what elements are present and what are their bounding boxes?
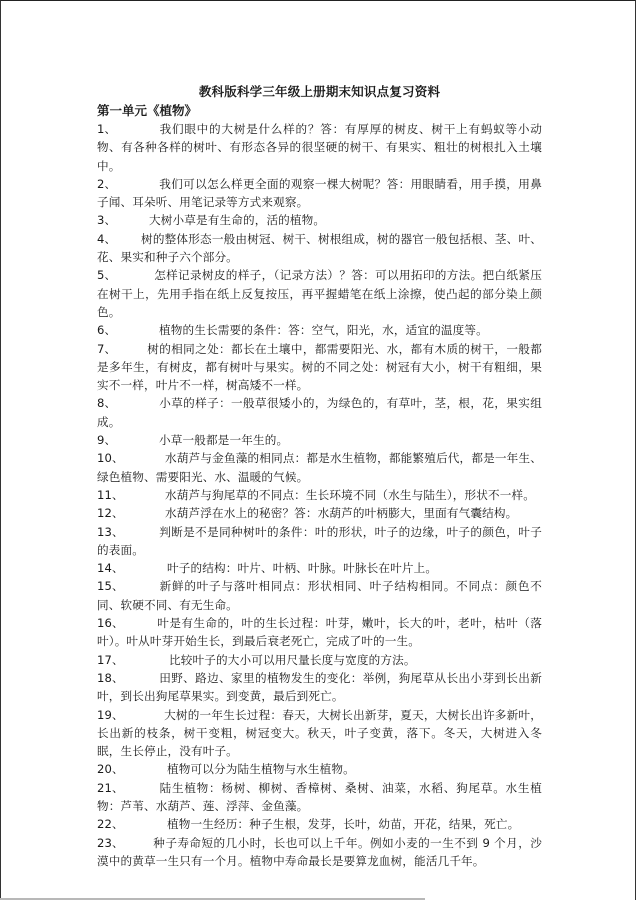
item-number: 8、 [97,394,159,412]
list-item: 5、怎样记录树皮的样子，（记录方法）？答：可以用拓印的方法。把白纸紧压在树干上，… [97,266,542,321]
list-item: 3、大树小草是有生命的，活的植物。 [97,211,542,229]
item-number: 16、 [97,614,157,632]
item-text: 水葫芦浮在水上的秘密？答：水葫芦的叶柄膨大，里面有气囊结构。 [165,506,517,520]
item-text: 叶子的结构：叶片、叶柄、叶脉。叶脉长在叶片上。 [167,561,437,575]
list-item: 9、小草一般都是一年生的。 [97,431,542,449]
item-text: 小草一般都是一年生的。 [159,433,288,447]
list-item: 11、水葫芦与狗尾草的不同点：生长环境不同（水生与陆生），形状不一样。 [97,486,542,504]
item-text: 水葫芦与狗尾草的不同点：生长环境不同（水生与陆生），形状不一样。 [165,488,535,502]
item-text: 陆生植物：杨树、柳树、香樟树、桑树、油菜，水稻、狗尾草。水生植物：芦苇、水葫芦、… [97,781,542,813]
unit-heading: 第一单元《植物》 [97,102,542,120]
item-number: 10、 [97,449,165,467]
list-item: 19、大树的一年生长过程：春天，大树长出新芽，夏天，大树长出许多新叶，长出新的枝… [97,706,542,761]
item-text: 我们可以怎么样更全面的观察一棵大树呢？答：用眼睛看，用手摸，用鼻子闻、耳朵听、用… [97,177,542,209]
item-text: 我们眼中的大树是什么样的？答：有厚厚的树皮、树干上有蚂蚁等小动物、有各种各样的树… [97,122,542,173]
item-text: 小草的样子：一般草很矮小的，为绿色的，有草叶，茎，根，花，果实组成。 [97,396,542,428]
item-number: 21、 [97,779,159,797]
item-text: 树的相同之处：都长在土壤中，都需要阳光、水，都有木质的树干，一般都是多年生，有树… [97,342,542,393]
list-item: 18、田野、路边、家里的植物发生的变化：举例，狗尾草从长出小芽到长出新叶，到长出… [97,669,542,706]
item-number: 23、 [97,834,153,852]
item-text: 怎样记录树皮的样子，（记录方法）？答：可以用拓印的方法。把白纸紧压在树干上，先用… [97,268,542,319]
list-item: 8、小草的样子：一般草很矮小的，为绿色的，有草叶，茎，根，花，果实组成。 [97,394,542,431]
list-item: 16、叶是有生命的，叶的生长过程：叶芽，嫩叶，长大的叶，老叶，枯叶（落叶）。叶从… [97,614,542,651]
item-number: 22、 [97,815,167,833]
item-number: 18、 [97,669,159,687]
item-number: 3、 [97,211,149,229]
document-page: 教科版科学三年级上册期末知识点复习资料 第一单元《植物》 1、我们眼中的大树是什… [97,83,542,870]
item-text: 植物可以分为陆生植物与水生植物。 [167,762,355,776]
item-text: 判断是不是同种树叶的条件：叶的形状，叶子的边缘，叶子的颜色，叶子的表面。 [97,525,542,557]
item-number: 2、 [97,175,159,193]
item-number: 5、 [97,266,154,284]
item-number: 15、 [97,577,159,595]
list-item: 20、植物可以分为陆生植物与水生植物。 [97,760,542,778]
item-number: 7、 [97,340,147,358]
item-text: 大树的一年生长过程：春天，大树长出新芽，夏天，大树长出许多新叶，长出新的枝条，树… [97,708,542,759]
item-number: 19、 [97,706,164,724]
item-number: 17、 [97,651,169,669]
list-item: 6、植物的生长需要的条件：答：空气，阳光，水，适宜的温度等。 [97,321,542,339]
item-number: 12、 [97,504,165,522]
item-number: 14、 [97,559,167,577]
knowledge-list: 1、我们眼中的大树是什么样的？答：有厚厚的树皮、树干上有蚂蚁等小动物、有各种各样… [97,120,542,870]
list-item: 23、种子寿命短的几小时，长也可以上千年。例如小麦的一生不到 9 个月，沙漠中的… [97,834,542,871]
item-text: 叶是有生命的，叶的生长过程：叶芽，嫩叶，长大的叶，老叶，枯叶（落叶）。叶从叶芽开… [97,616,542,648]
item-number: 20、 [97,760,167,778]
list-item: 21、陆生植物：杨树、柳树、香樟树、桑树、油菜，水稻、狗尾草。水生植物：芦苇、水… [97,779,542,816]
item-text: 田野、路边、家里的植物发生的变化：举例，狗尾草从长出小芽到长出新叶，到长出狗尾草… [97,671,542,703]
item-number: 13、 [97,523,159,541]
item-text: 新鲜的叶子与落叶相同点：形状相同、叶子结构相同。不同点：颜色不同、软硬不同、有无… [97,579,542,611]
item-number: 4、 [97,230,141,248]
item-text: 植物一生经历：种子生根，发芽，长叶，幼苗，开花，结果，死亡。 [167,817,519,831]
list-item: 1、我们眼中的大树是什么样的？答：有厚厚的树皮、树干上有蚂蚁等小动物、有各种各样… [97,120,542,175]
item-text: 大树小草是有生命的，活的植物。 [149,213,325,227]
list-item: 7、树的相同之处：都长在土壤中，都需要阳光、水，都有木质的树干，一般都是多年生，… [97,340,542,395]
list-item: 22、植物一生经历：种子生根，发芽，长叶，幼苗，开花，结果，死亡。 [97,815,542,833]
item-text: 树的整体形态一般由树冠、树干、树根组成，树的器官一般包括根、茎、叶、花、果实和种… [97,232,542,264]
item-text: 植物的生长需要的条件：答：空气，阳光，水，适宜的温度等。 [159,323,488,337]
list-item: 15、新鲜的叶子与落叶相同点：形状相同、叶子结构相同。不同点：颜色不同、软硬不同… [97,577,542,614]
item-number: 1、 [97,120,159,138]
list-item: 2、我们可以怎么样更全面的观察一棵大树呢？答：用眼睛看，用手摸，用鼻子闻、耳朵听… [97,175,542,212]
item-number: 11、 [97,486,165,504]
list-item: 13、判断是不是同种树叶的条件：叶的形状，叶子的边缘，叶子的颜色，叶子的表面。 [97,523,542,560]
item-number: 6、 [97,321,159,339]
list-item: 4、树的整体形态一般由树冠、树干、树根组成，树的器官一般包括根、茎、叶、花、果实… [97,230,542,267]
list-item: 10、水葫芦与金鱼藻的相同点：都是水生植物，都能繁殖后代，都是一年生、绿色植物、… [97,449,542,486]
list-item: 14、叶子的结构：叶片、叶柄、叶脉。叶脉长在叶片上。 [97,559,542,577]
item-text: 种子寿命短的几小时，长也可以上千年。例如小麦的一生不到 9 个月，沙漠中的黄草一… [97,836,542,868]
item-number: 9、 [97,431,159,449]
item-text: 比较叶子的大小可以用尺量长度与宽度的方法。 [169,653,416,667]
list-item: 12、水葫芦浮在水上的秘密？答：水葫芦的叶柄膨大，里面有气囊结构。 [97,504,542,522]
document-title: 教科版科学三年级上册期末知识点复习资料 [97,83,542,101]
list-item: 17、比较叶子的大小可以用尺量长度与宽度的方法。 [97,651,542,669]
